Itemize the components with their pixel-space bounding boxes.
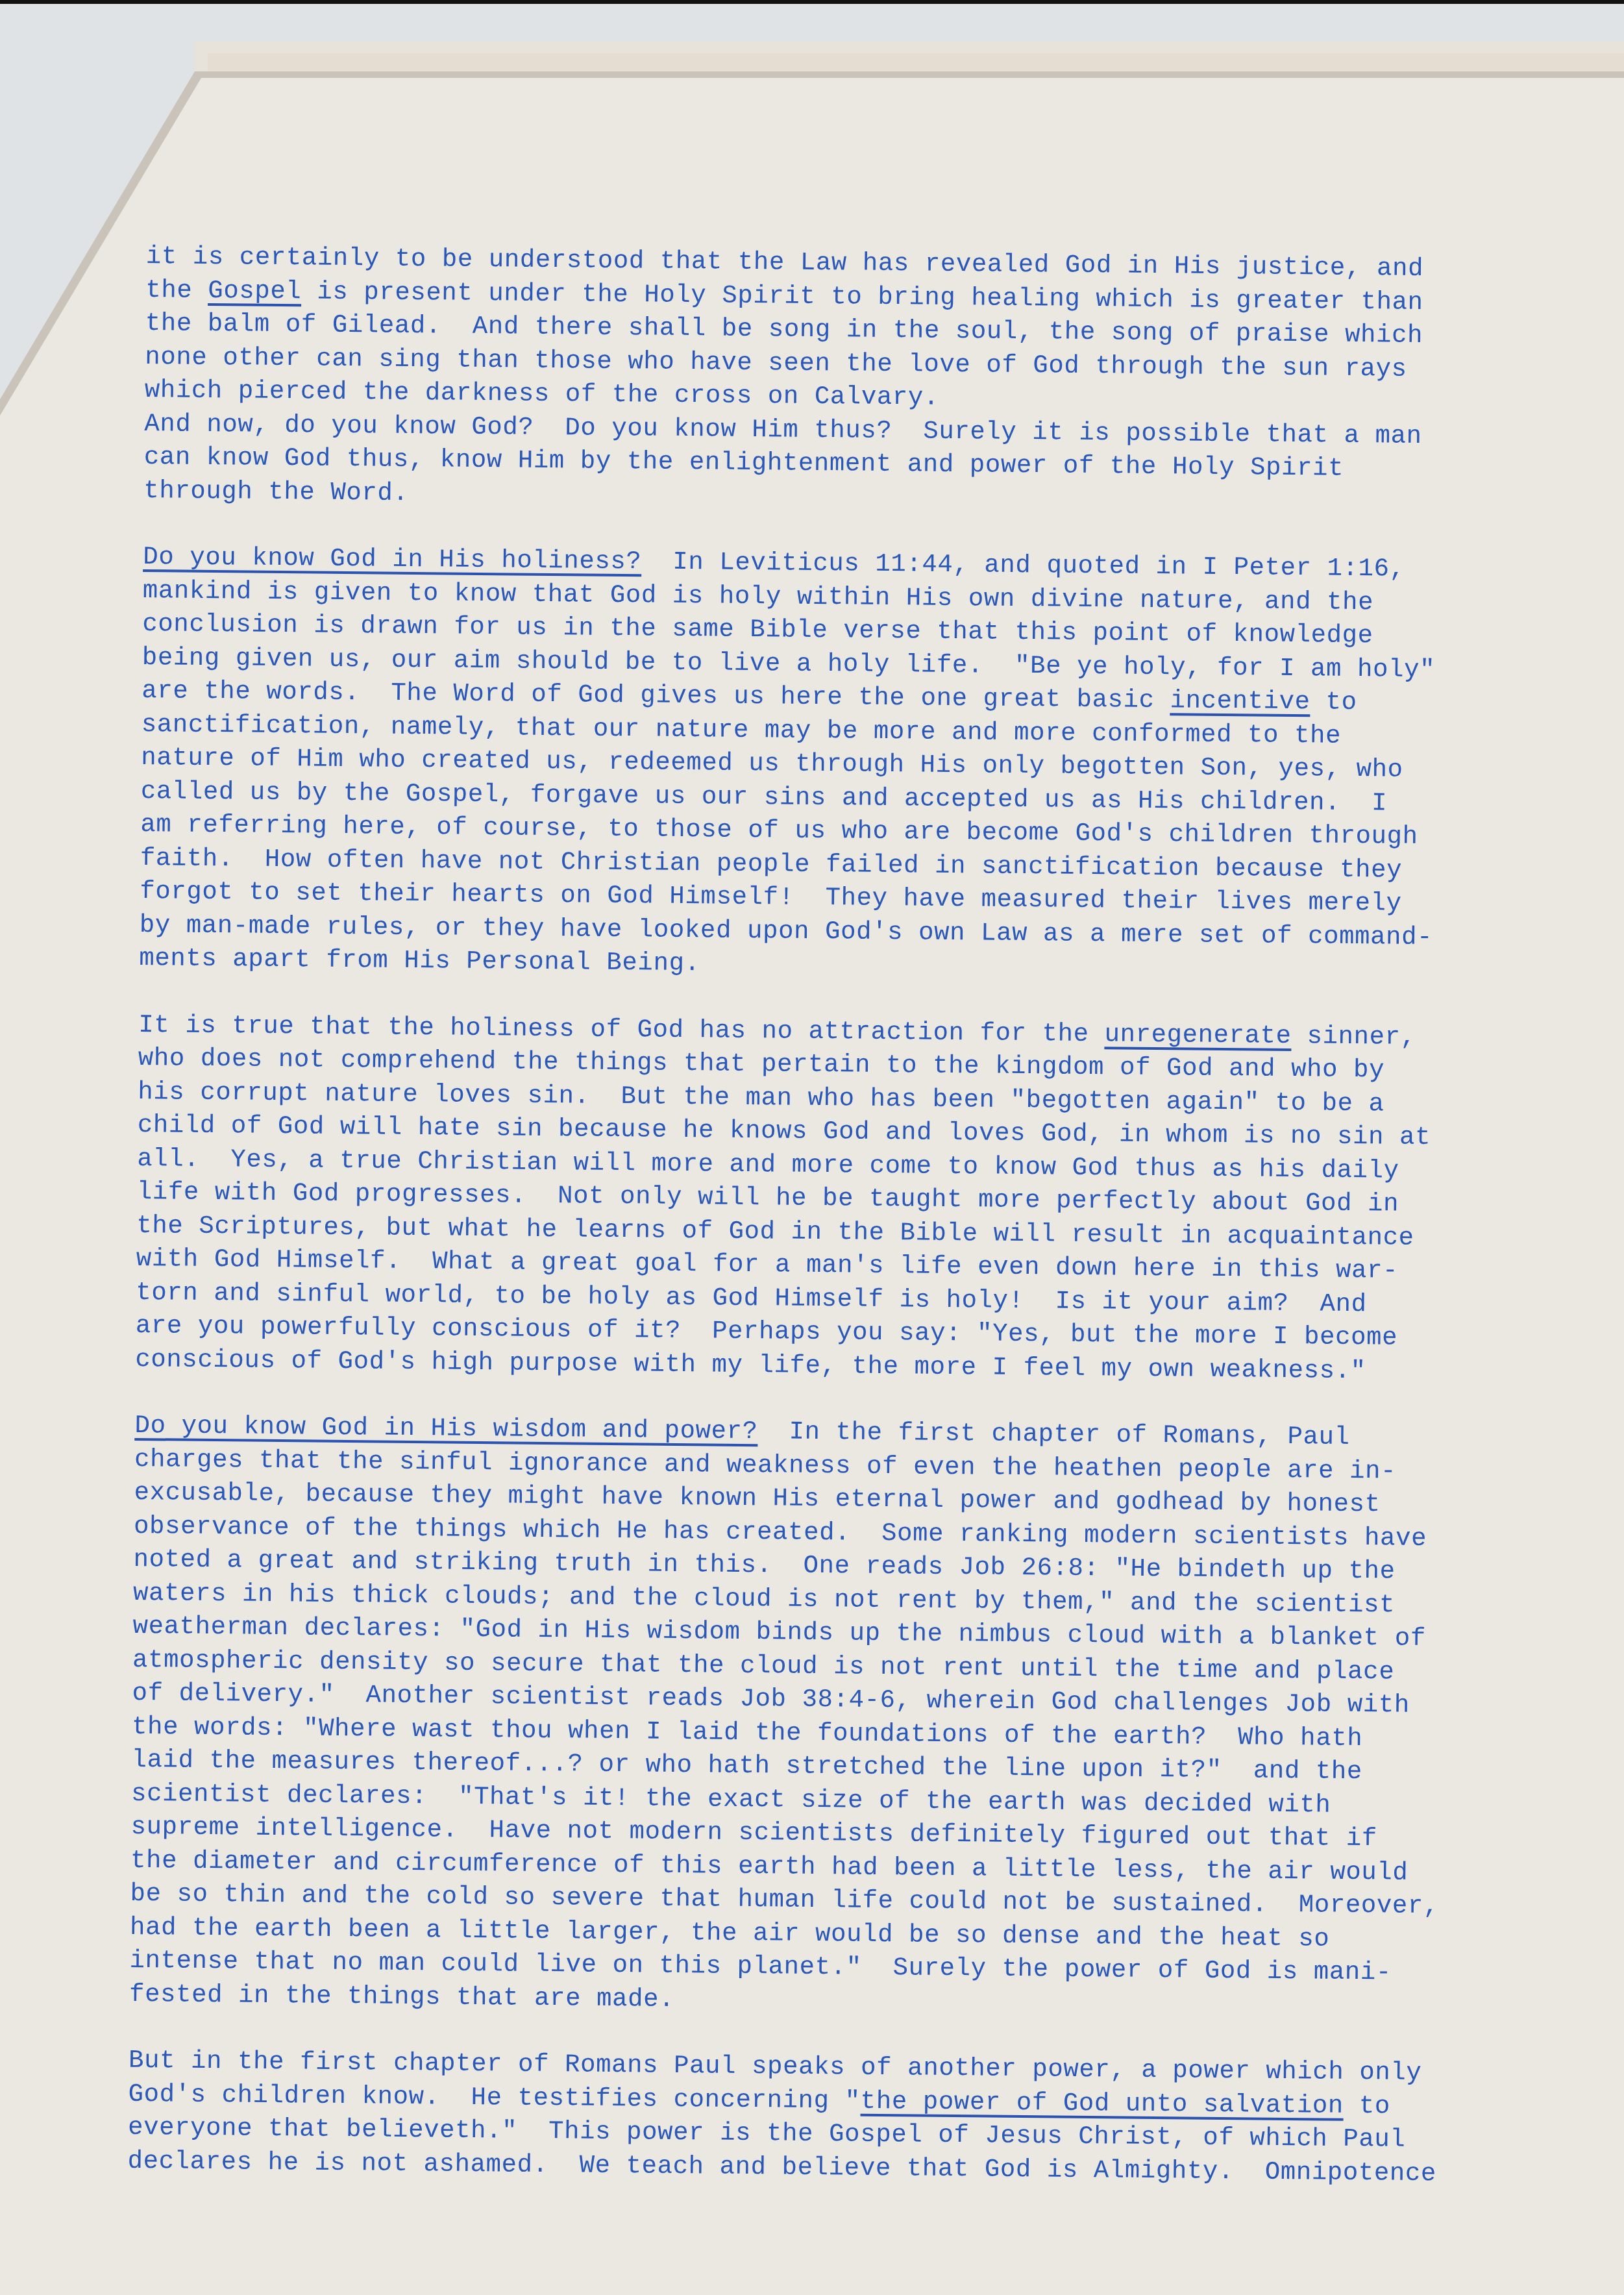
paragraph-holiness: Do you know God in His holiness? In Levi… <box>139 541 1493 988</box>
paragraph-1: it is certainly to be understood that th… <box>143 240 1496 521</box>
underlined-phrase: Do you know God in His wisdom and power? <box>134 1411 758 1446</box>
underlined-phrase: Do you know God in His holiness? <box>143 543 642 576</box>
paragraph-unregenerate: It is true that the holiness of God has … <box>135 1008 1488 1389</box>
paragraph-salvation: But in the first chapter of Romans Paul … <box>127 2044 1479 2191</box>
page-body: it is certainly to be understood that th… <box>127 240 1496 2224</box>
underlined-phrase: the power of God unto salvation <box>861 2087 1344 2120</box>
underlined-phrase: unregenerate <box>1104 1020 1291 1050</box>
paragraph-wisdom-power: Do you know God in His wisdom and power?… <box>129 1409 1485 2024</box>
scanner-edge <box>0 0 1624 4</box>
underlined-phrase: Gospel <box>208 276 301 305</box>
underlined-phrase: incentive <box>1170 686 1310 716</box>
